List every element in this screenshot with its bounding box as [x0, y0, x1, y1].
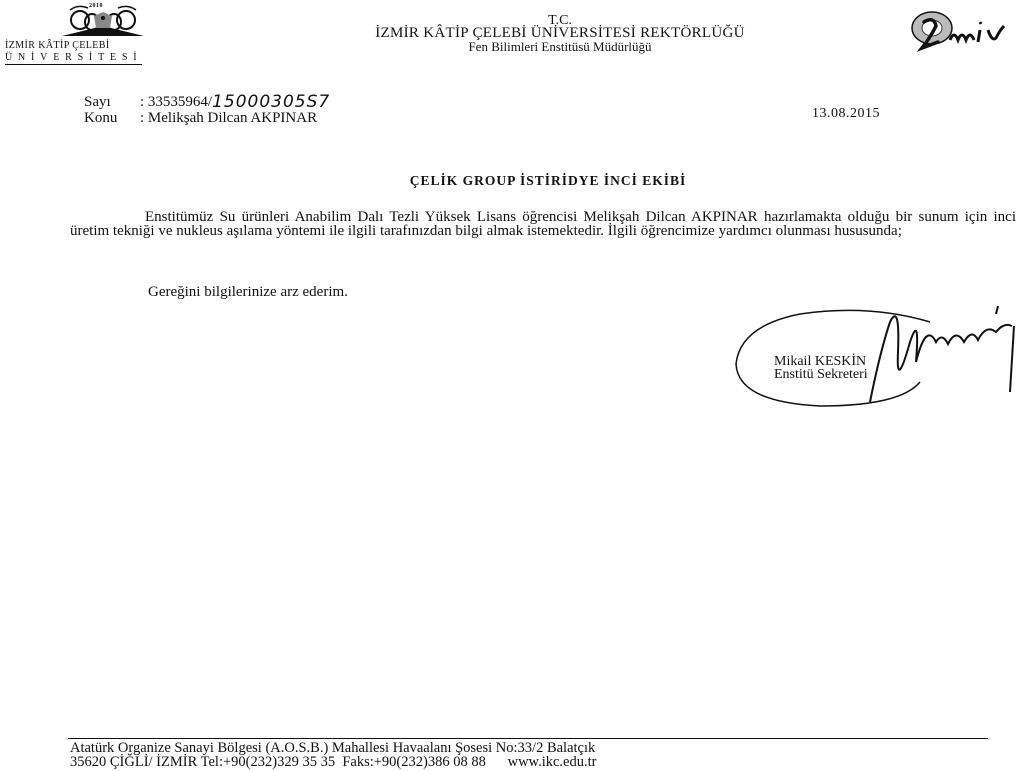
letterhead-institute: Fen Bilimleri Enstitüsü Müdürlüğü [250, 40, 870, 53]
footer-divider [68, 738, 988, 739]
handwritten-signature-icon [720, 292, 1024, 410]
logo-university-name: İZMİR KÂTİP ÇELEBİ [5, 40, 110, 51]
body-paragraph: Enstitümüz Su ürünleri Anabilim Dalı Tez… [70, 210, 1016, 238]
subject-label: Konu [84, 110, 140, 126]
footer-fax: Faks:+90(232)386 08 88 [342, 754, 486, 770]
subject-row: Konu : Melikşah Dilcan AKPINAR [84, 110, 330, 126]
izmir-logo [910, 8, 1024, 58]
logo-year: 2010 [89, 3, 103, 9]
signatory-title: Enstitü Sekreteri [774, 368, 868, 381]
footer-contact-line: 35620 ÇİĞLİ/ İZMİR Tel:+90(232)329 35 35… [70, 755, 596, 769]
footer-address-line: Atatürk Organize Sanayi Bölgesi (A.O.S.B… [70, 741, 596, 755]
reference-number-label: Sayı [84, 94, 140, 110]
footer-city: 35620 ÇİĞLİ/ İZMİR [70, 754, 197, 770]
reference-number-handwritten: 15000305S7 [212, 94, 330, 110]
footer-phone: Tel:+90(232)329 35 35 [201, 754, 335, 770]
letter-date: 13.08.2015 [812, 106, 880, 122]
footer: Atatürk Organize Sanayi Bölgesi (A.O.S.B… [70, 741, 596, 769]
closing-line: Gereğini bilgilerinize arz ederim. [148, 284, 348, 301]
reference-number-row: Sayı : 33535964/ 15000305S7 [84, 94, 330, 110]
logo-university-word: ÜNİVERSİTESİ [5, 52, 142, 65]
letterhead: T.C. İZMİR KÂTİP ÇELEBİ ÜNİVERSİTESİ REK… [250, 14, 870, 53]
izmir-wordmark-icon [910, 8, 1024, 58]
university-logo: 2010 İZMİR KÂTİP ÇELEBİ ÜNİVERSİTESİ [0, 0, 200, 72]
footer-website: www.ikc.edu.tr [508, 754, 597, 770]
signature-block: Mikail KESKİN Enstitü Sekreteri [720, 292, 1024, 410]
letter-body: Enstitümüz Su ürünleri Anabilim Dalı Tez… [70, 210, 1016, 238]
recipient-title: ÇELİK GROUP İSTİRİDYE İNCİ EKİBİ [0, 173, 1024, 189]
reference-block: Sayı : 33535964/ 15000305S7 Konu : Melik… [84, 94, 330, 126]
signatory: Mikail KESKİN Enstitü Sekreteri [774, 355, 868, 381]
subject-value: : Melikşah Dilcan AKPINAR [140, 110, 317, 126]
university-emblem-icon [58, 2, 148, 38]
reference-number-value: : 33535964/ [140, 94, 212, 110]
